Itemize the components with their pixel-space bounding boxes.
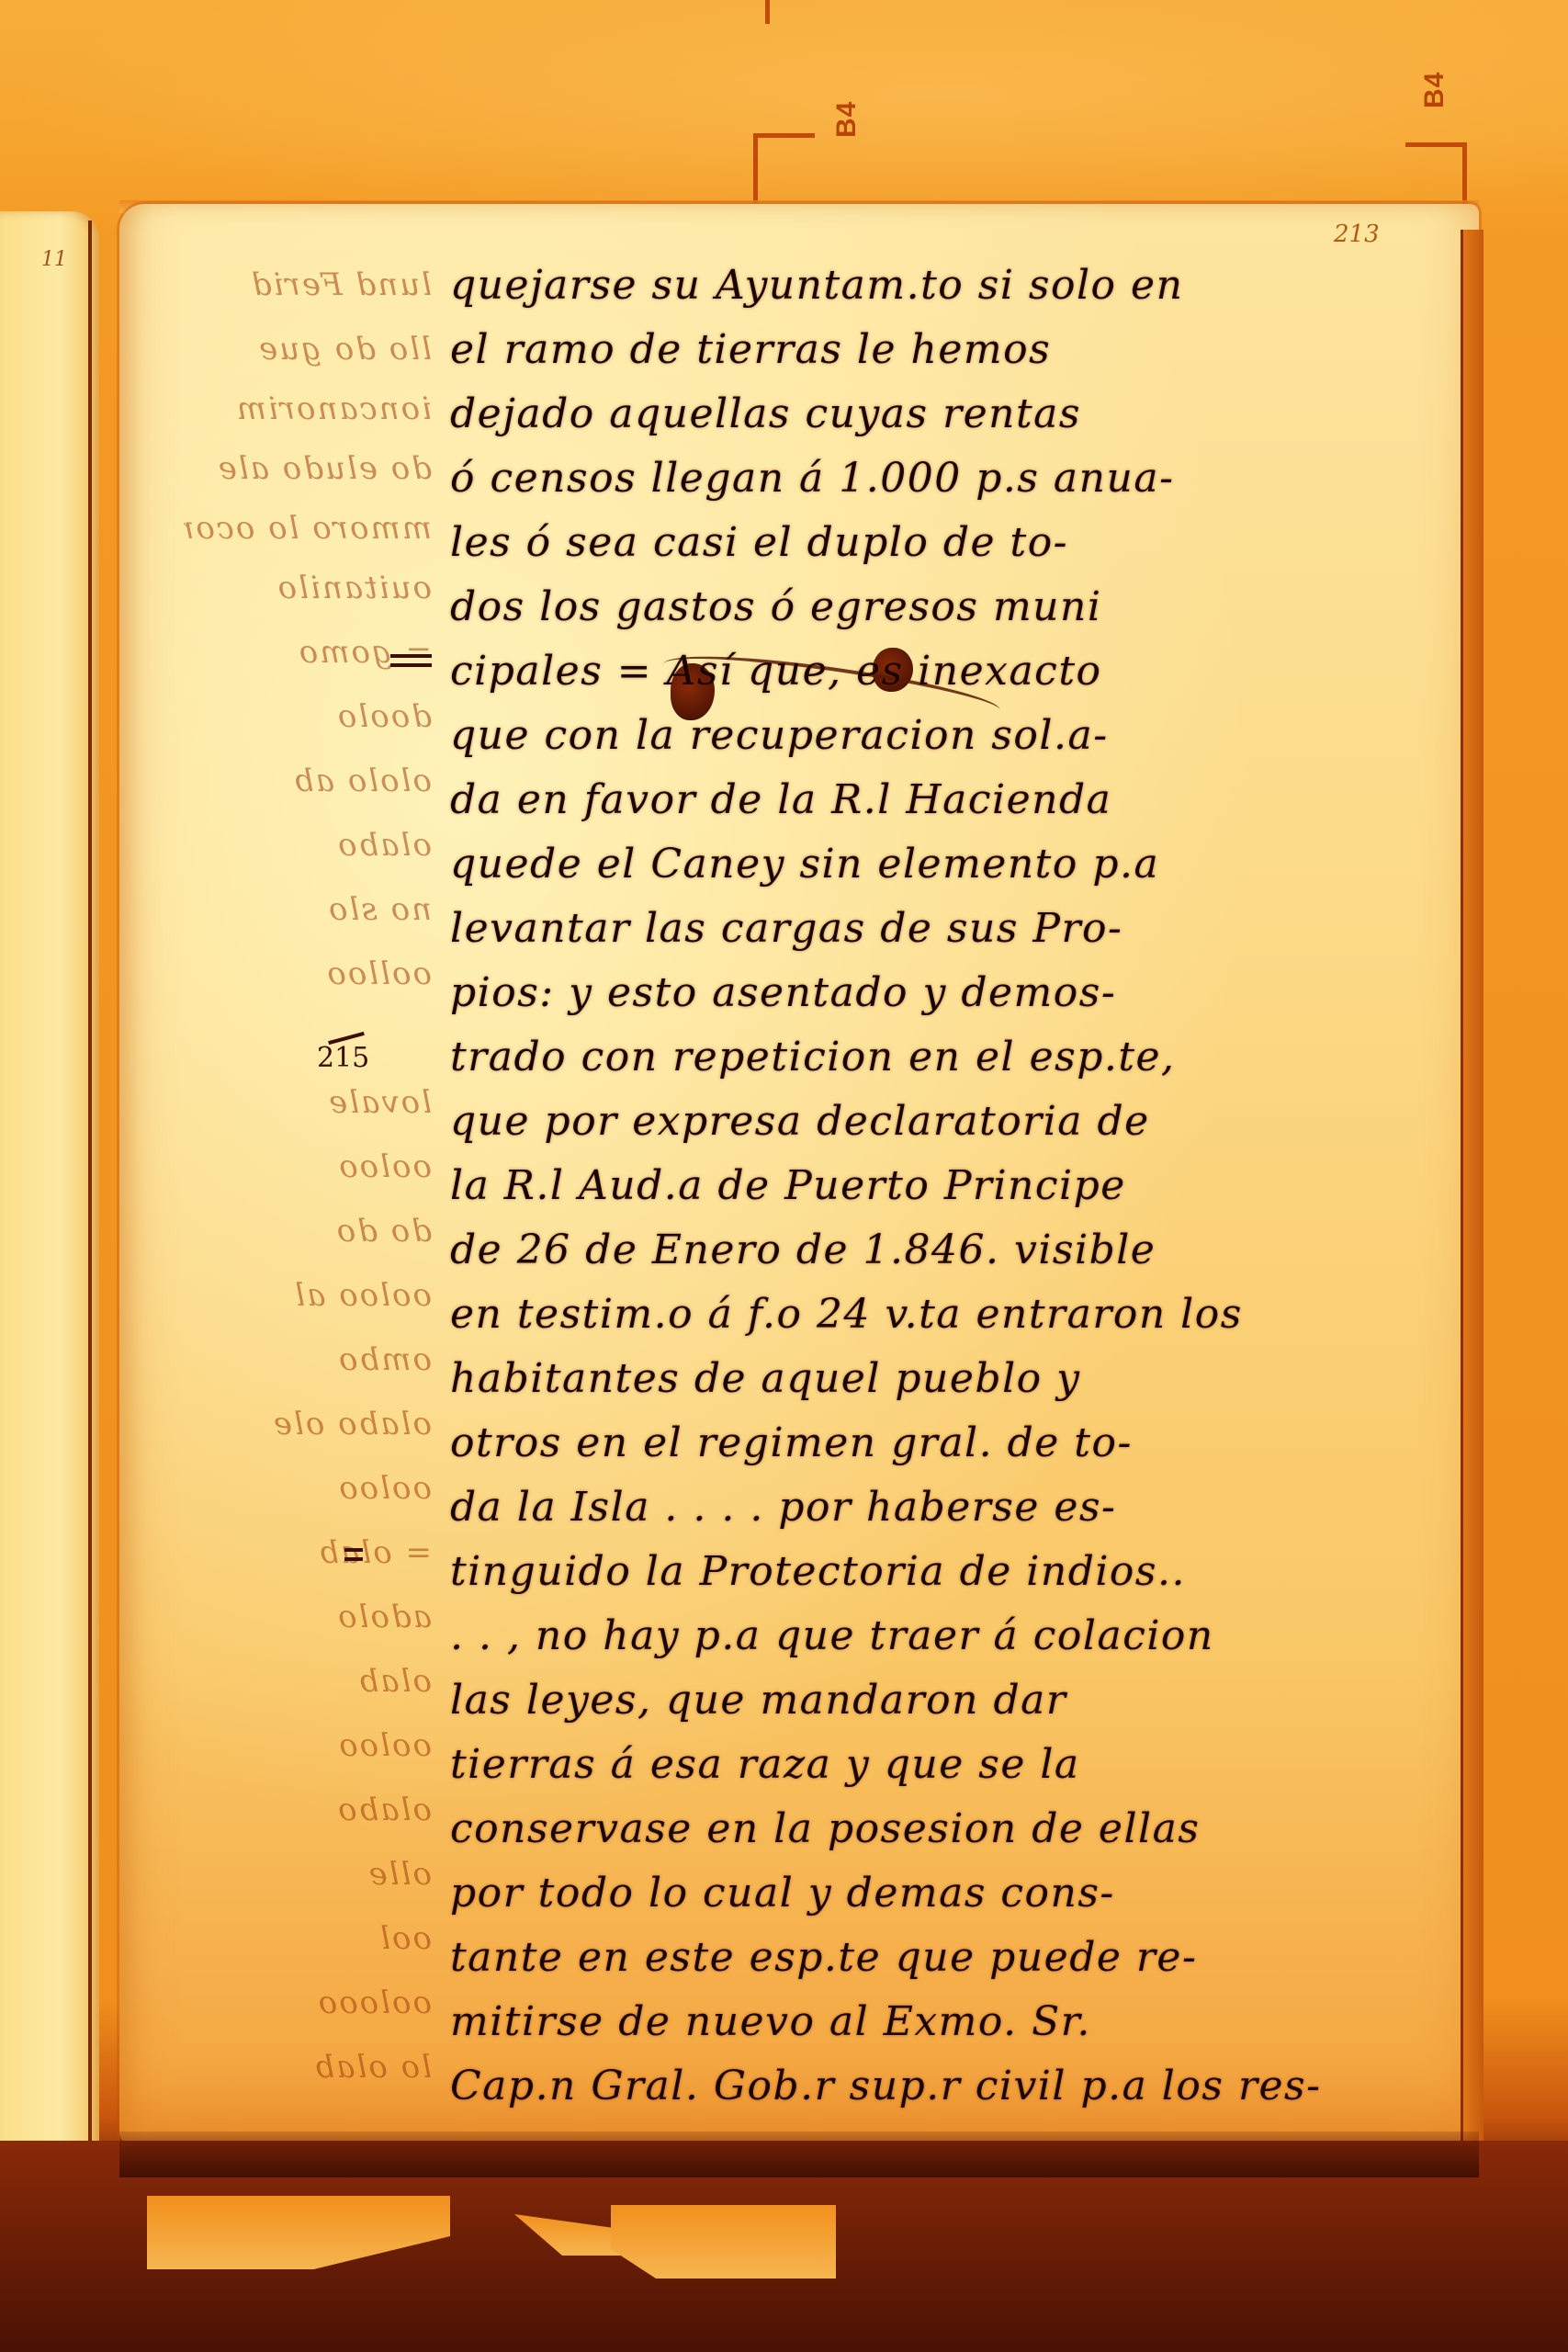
manuscript-line: el ramo de tierras le hemos (450, 314, 1451, 386)
margin-note-text: 215 (317, 1042, 369, 1074)
manuscript-line: . . , no hay p.a que traer á colacion (450, 1600, 1451, 1672)
folio-number: 213 (1334, 220, 1380, 248)
manuscript-line: ó censos llegan á 1.000 p.s anua- (450, 443, 1451, 514)
bleed-through-line: olabo (184, 1792, 432, 1847)
bleed-through-line: do eludo ale (184, 450, 432, 505)
manuscript-line: tante en este esp.te que puede re- (450, 1922, 1451, 1994)
manuscript-line: trado con repeticion en el esp.te, (450, 1022, 1451, 1093)
left-page-edge (88, 220, 92, 2141)
bleed-through-line: oolooo (184, 1984, 432, 2040)
bleed-through-line: no slo (184, 891, 432, 946)
manuscript-line: otros en el regimen gral. de to- (450, 1408, 1451, 1479)
manuscript-line: por todo lo cual y demas cons- (450, 1858, 1451, 1929)
bleed-through-line: olabo ole (184, 1406, 432, 1461)
bleed-through-line: lovale (184, 1084, 432, 1139)
margin-equals-mark (344, 1548, 363, 1552)
manuscript-line: cipales = Así que, es inexacto (450, 636, 1451, 707)
bleed-through-line: ololo ab (184, 763, 432, 818)
manuscript-line: que con la recuperacion sol.a- (450, 700, 1451, 772)
manuscript-line: las leyes, que mandaron dar (450, 1665, 1451, 1736)
bleed-through-line: ooloo (184, 1470, 432, 1525)
bleed-through-line: ooloo (184, 1148, 432, 1204)
top-alignment-tick (765, 0, 770, 24)
bleed-through-line: = olab (184, 1534, 432, 1589)
manuscript-line: conservase en la posesion de ellas (450, 1793, 1451, 1865)
manuscript-line: la R.l Aud.a de Puerto Principe (450, 1150, 1451, 1222)
crop-marker-label-left: B4 (831, 101, 863, 138)
left-page-fragment (0, 211, 99, 2150)
bleed-through-line: olab (184, 1663, 432, 1718)
bleed-through-line: olle (184, 1856, 432, 1911)
manuscript-line: les ó sea casi el duplo de to- (450, 507, 1451, 579)
manuscript-line: da la Isla . . . . por haberse es- (450, 1472, 1451, 1543)
margin-equals-mark (344, 1557, 363, 1561)
bleed-through-line: ooloo al (184, 1277, 432, 1332)
manuscript-line: quede el Caney sin elemento p.a (450, 829, 1451, 900)
manuscript-line: habitantes de aquel pueblo y (450, 1343, 1451, 1415)
page-right-edge (1461, 230, 1483, 2141)
margin-equals-mark (390, 663, 432, 667)
margin-note-number: 215 (317, 1036, 369, 1074)
bleed-through-line: doolo (184, 698, 432, 753)
bleed-through-line: do do (184, 1213, 432, 1268)
manuscript-line: tinguido la Protectoria de indios.. (450, 1536, 1451, 1608)
bleed-through-line: olabo (184, 827, 432, 882)
bleed-through-line: ouitanilo (184, 570, 432, 625)
manuscript-line: mitirse de nuevo al Exmo. Sr. (450, 1986, 1451, 2058)
margin-equals-mark (390, 654, 432, 658)
bleed-through-line: lund Ferid (184, 266, 432, 322)
manuscript-line: pios: y esto asentado y demos- (450, 957, 1451, 1029)
manuscript-line: quejarse su Ayuntam.to si solo en (450, 250, 1451, 322)
paper-tab (611, 2205, 836, 2278)
bleed-through-line: ool (184, 1920, 432, 1975)
bleed-through-line: = gomo (184, 634, 432, 689)
manuscript-line: en testim.o á f.o 24 v.ta entraron los (450, 1279, 1451, 1351)
bleed-through-line: oolloo (184, 955, 432, 1011)
manuscript-line: que por expresa declaratoria de (450, 1086, 1451, 1158)
bleed-through-line: mmoro lo ocom (184, 510, 432, 565)
manuscript-line: levantar las cargas de sus Pro- (450, 893, 1451, 965)
manuscript-line: dos los gastos ó egresos muni (450, 571, 1451, 643)
bleed-through-line: ooloo (184, 1727, 432, 1782)
left-page-fragment-text: 11 (41, 248, 67, 271)
manuscript-line: de 26 de Enero de 1.846. visible (450, 1215, 1451, 1286)
bleed-through-line: ioncanorim (184, 390, 432, 446)
bleed-through-line: llo do gue (184, 331, 432, 386)
crop-marker-label-right: B4 (1419, 72, 1450, 108)
bleed-through-line: ombo (184, 1341, 432, 1396)
bleed-through-line: adolo (184, 1599, 432, 1654)
manuscript-line: tierras á esa raza y que se la (450, 1729, 1451, 1801)
bleed-through-line: lo olab (184, 2049, 432, 2104)
manuscript-line: Cap.n Gral. Gob.r sup.r civil p.a los re… (450, 2051, 1451, 2122)
manuscript-line: dejado aquellas cuyas rentas (450, 379, 1451, 450)
page-bottom-shadow (119, 2131, 1479, 2177)
manuscript-line: da en favor de la R.l Hacienda (450, 764, 1451, 836)
